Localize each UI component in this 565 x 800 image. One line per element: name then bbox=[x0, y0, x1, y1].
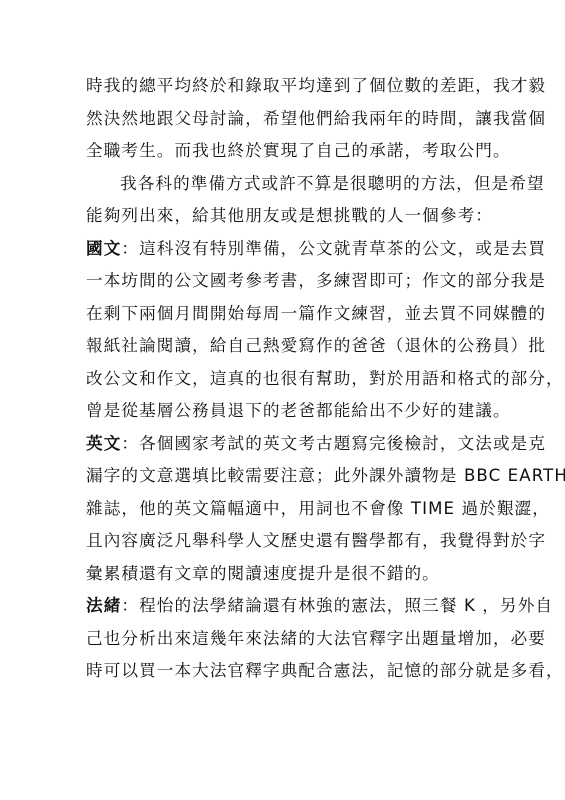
section-label-english: 英文 bbox=[86, 434, 121, 453]
text-line: 改公文和作文，這真的也很有幫助，對於用語和格式的部分， bbox=[86, 363, 482, 396]
text-line: 我各科的準備方式或許不算是很聰明的方法，但是希望 bbox=[86, 168, 482, 201]
section-english-first-line: 英文：各個國家考試的英文考古題寫完後檢討，文法或是克 bbox=[86, 428, 482, 461]
text-segment: ：程怡的法學緒論還有林強的憲法，照三餐 K ，另外自 bbox=[121, 596, 553, 615]
text-line: 漏字的文意選填比較需要注意；此外課外讀物是 BBC EARTH bbox=[86, 460, 482, 493]
section-law-first-line: 法緒：程怡的法學緒論還有林強的憲法，照三餐 K ，另外自 bbox=[86, 590, 482, 623]
document-page: 時我的總平均終於和錄取平均達到了個位數的差距，我才毅 然決然地跟父母討論，希望他… bbox=[86, 70, 482, 688]
text-line: 報紙社論閱讀，給自己熱愛寫作的爸爸（退休的公務員）批 bbox=[86, 330, 482, 363]
text-segment: ：這科沒有特別準備，公文就青草茶的公文，或是去買 bbox=[121, 239, 546, 258]
text-line: 且內容廣泛凡舉科學人文歷史還有醫學都有，我覺得對於字 bbox=[86, 525, 482, 558]
text-line: 己也分析出來這幾年來法緒的大法官釋字出題量增加，必要 bbox=[86, 623, 482, 656]
text-line: 時我的總平均終於和錄取平均達到了個位數的差距，我才毅 bbox=[86, 70, 482, 103]
text-line: 能夠列出來，給其他朋友或是想挑戰的人一個參考： bbox=[86, 200, 482, 233]
text-line: 雜誌，他的英文篇幅適中，用詞也不會像 TIME 過於艱澀， bbox=[86, 493, 482, 526]
text-line: 在剩下兩個月間開始每周一篇作文練習，並去買不同媒體的 bbox=[86, 298, 482, 331]
section-label-law: 法緒 bbox=[86, 596, 121, 615]
text-line: 一本坊間的公文國考參考書，多練習即可；作文的部分我是 bbox=[86, 265, 482, 298]
text-line: 曾是從基層公務員退下的老爸都能給出不少好的建議。 bbox=[86, 395, 482, 428]
text-line: 全職考生。而我也終於實現了自己的承諾，考取公門。 bbox=[86, 135, 482, 168]
text-line: 然決然地跟父母討論，希望他們給我兩年的時間，讓我當個 bbox=[86, 103, 482, 136]
text-line: 時可以買一本大法官釋字典配合憲法，記憶的部分就是多看， bbox=[86, 655, 482, 688]
section-label-chinese: 國文 bbox=[86, 239, 121, 258]
text-segment: ：各個國家考試的英文考古題寫完後檢討，文法或是克 bbox=[121, 434, 546, 453]
section-chinese-first-line: 國文：這科沒有特別準備，公文就青草茶的公文，或是去買 bbox=[86, 233, 482, 266]
text-line: 彙累積還有文章的閱讀速度提升是很不錯的。 bbox=[86, 558, 482, 591]
